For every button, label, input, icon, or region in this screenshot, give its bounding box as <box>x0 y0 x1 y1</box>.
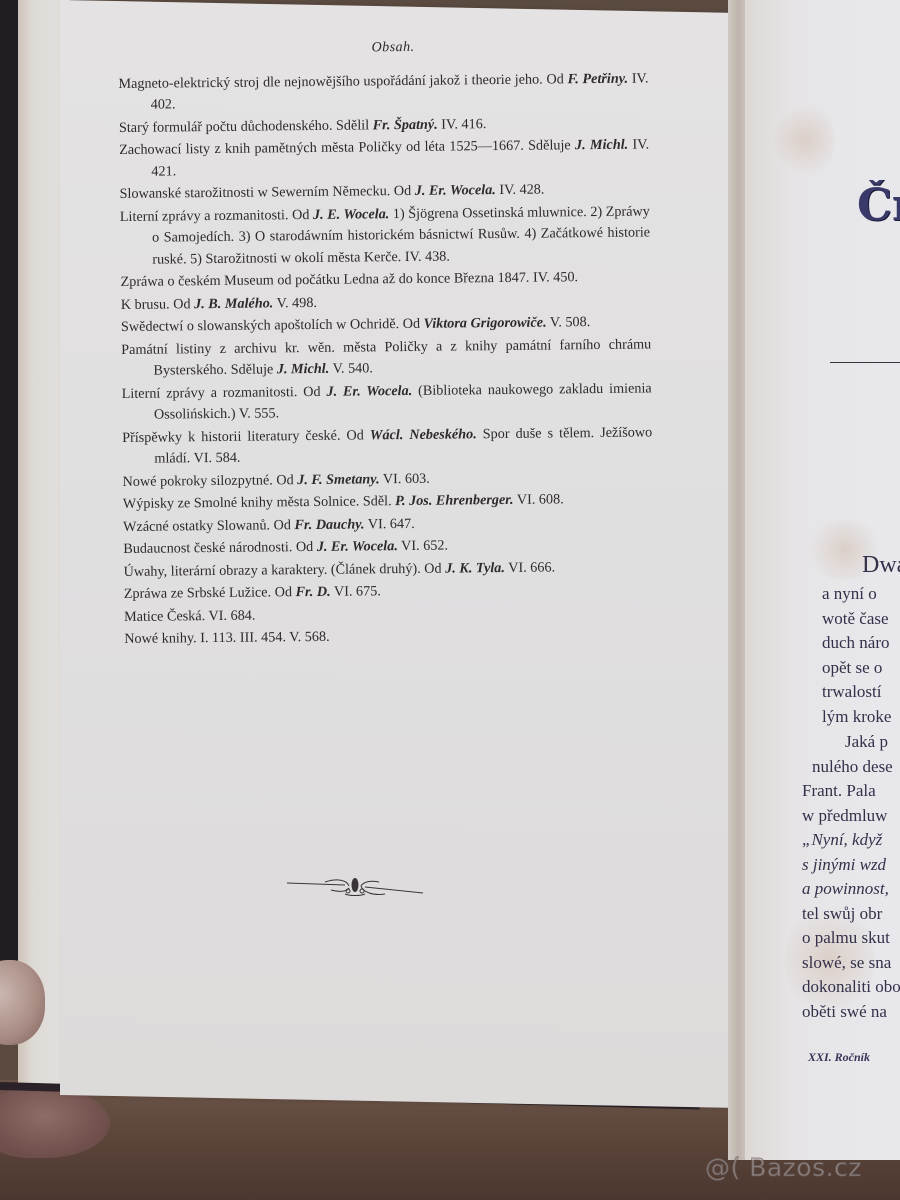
paper-stain <box>775 100 835 180</box>
toc-entry-reference: VI. 684. <box>208 607 255 623</box>
toc-entry-reference: IV. 416. <box>441 116 486 132</box>
toc-entry-author: J. Er. Wocela. <box>326 382 412 399</box>
toc-entry-reference: VI. 666. <box>508 559 555 575</box>
right-page-title: Čr <box>857 180 900 231</box>
toc-entry-title: Wzácné ostatky Slowanů. <box>123 517 270 535</box>
toc-entry-title: Nowé pokroky silozpytné. <box>123 472 273 490</box>
text-line: trwalostí <box>822 680 900 705</box>
text-line: lým kroke <box>822 705 900 730</box>
toc-entry-prefix: Od <box>394 183 412 199</box>
text-line: opět se o <box>822 656 900 681</box>
toc-entry-author: J. Er. Wocela. <box>317 538 398 555</box>
toc-entry-author: J. Er. Wocela. <box>415 182 496 199</box>
toc-entry-title: Wýpisky ze Smolné knihy města Solnice. <box>123 493 360 511</box>
toc-entry-prefix: Sděluje <box>231 361 274 377</box>
toc-entry: Nowé knihy. I. 113. III. 454. V. 568. <box>124 623 654 650</box>
toc-entry-author: J. B. Malého. <box>194 295 273 312</box>
toc-entry-author: P. Jos. Ehrenberger. <box>395 492 514 509</box>
toc-entry-reference: VI. 652. <box>401 538 448 554</box>
toc-entry-title: Zpráwa ze Srbské Lužice. <box>124 584 271 602</box>
toc-entry-reference: V. 540. <box>332 360 373 376</box>
right-page-footer: XXI. Ročník <box>808 1050 870 1065</box>
text-line: a nyní o <box>822 582 900 607</box>
toc-entry-title: Nowé knihy. <box>124 630 197 647</box>
toc-entry-author: Viktora Grigorowiče. <box>424 315 547 332</box>
toc-entry-title: Příspěwky k historii literatury české. <box>122 427 340 445</box>
toc-entry-prefix: Od <box>173 296 191 312</box>
toc-entry-title: K brusu. <box>121 296 170 313</box>
toc-entry: Literní zprávy a rozmanitosti. Od J. Er.… <box>122 378 652 427</box>
text-line: s jinými wzd <box>802 853 900 878</box>
toc-entries: Magneto-elektrický stroj dle nejnowějšíh… <box>118 68 654 651</box>
watermark: @( Bazos.cz <box>705 1153 862 1182</box>
toc-entry-author: J. Michl. <box>575 137 628 154</box>
toc-entry: Magneto-elektrický stroj dle nejnowějšíh… <box>118 68 648 117</box>
toc-entry-prefix: Od <box>403 316 421 332</box>
toc-entry-reference: IV. 428. <box>499 182 544 198</box>
toc-entry-author: Wácl. Nebeského. <box>370 426 477 443</box>
toc-entry-reference: VI. 675. <box>334 583 381 599</box>
toc-entry-reference: IV. 450. <box>533 269 578 285</box>
toc-entry-prefix: Sděluje <box>528 137 571 153</box>
toc-entry-title: Úwahy, literární obrazy a karaktery. (Čl… <box>123 560 420 579</box>
text-line: slowé, se sna <box>802 951 900 976</box>
text-line: a powinnost, <box>802 877 900 902</box>
right-page-rule <box>830 362 900 363</box>
toc-entry-author: Fr. Dauchy. <box>294 516 364 533</box>
text-line: Jaká p <box>845 730 900 755</box>
toc-entry-title: Literní zprávy a rozmanitosti. <box>120 207 289 225</box>
toc-entry-reference: VI. 647. <box>368 515 415 531</box>
toc-entry-title: Literní zprávy a rozmanitosti. <box>122 384 298 402</box>
text-line: w předmluw <box>802 804 900 829</box>
text-line: wotě čase <box>822 607 900 632</box>
decorative-flourish-icon <box>285 874 425 898</box>
toc-entry-author: J. E. Wocela. <box>313 206 390 223</box>
toc-entry-prefix: Od <box>424 560 442 576</box>
text-line: o palmu skut <box>802 926 900 951</box>
text-line: oběti swé na <box>802 1000 900 1025</box>
toc-entry-author: J. Michl. <box>277 361 330 378</box>
toc-entry-reference: VI. 603. <box>383 470 430 486</box>
toc-entry-title: Starý formulář počtu důchodenského. <box>119 117 333 135</box>
toc-entry-prefix: Od <box>346 427 364 443</box>
toc-entry-prefix: Od <box>296 539 314 555</box>
toc-entry: Literní zprávy a rozmanitosti. Od J. E. … <box>120 201 651 271</box>
right-page-paragraph-indent: Jaká p <box>845 730 900 755</box>
toc-entry-title: Magneto-elektrický stroj dle nejnowějšíh… <box>118 71 542 91</box>
toc-entry: Příspěwky k historii literatury české. O… <box>122 422 652 471</box>
toc-entry-reference: V. 498. <box>277 294 318 310</box>
right-page-text-block-2: nulého dese <box>812 755 900 780</box>
toc-entry-author: F. Petřiny. <box>567 70 628 87</box>
toc-entry-title: Zachowací listy z knih pamětných města P… <box>119 138 524 158</box>
text-line: nulého dese <box>812 755 900 780</box>
toc-entry: Zachowací listy z knih pamětných města P… <box>119 134 649 183</box>
toc-entry-title: Památní listiny z archivu kr. wěn. města… <box>121 336 651 379</box>
table-of-contents: Obsah. Magneto-elektrický stroj dle nejn… <box>118 34 654 651</box>
text-line: „Nyní, když <box>802 828 900 853</box>
toc-entry: Památní listiny z archivu kr. wěn. města… <box>121 334 651 383</box>
toc-entry-title: Slowanské starožitnosti w Sewerním Němec… <box>120 183 391 202</box>
toc-entry-author: Fr. Špatný. <box>373 116 438 133</box>
toc-entry-title: Zpráwa o českém Museum od počátku Ledna … <box>120 270 529 290</box>
toc-entry-title: Swědectwí o slowanských apoštolích w Och… <box>121 316 399 335</box>
text-line: Frant. Pala <box>802 779 900 804</box>
text-line: duch náro <box>822 631 900 656</box>
toc-entry-prefix: Od <box>276 472 294 488</box>
toc-entry-prefix: Od <box>292 207 310 223</box>
toc-entry-author: Fr. D. <box>295 584 330 600</box>
toc-entry-reference: V. 508. <box>550 314 591 330</box>
right-page-text-block-3: Frant. Pala w předmluw „Nyní, když s jin… <box>802 779 900 1024</box>
text-line: tel swůj obr <box>802 902 900 927</box>
toc-entry-reference: VI. 608. <box>517 491 564 507</box>
text-line: dokonaliti obo <box>802 975 900 1000</box>
toc-entry-prefix: Sdělil <box>336 117 369 133</box>
toc-entry-title: Matice Česká. <box>124 608 205 625</box>
right-page-dropcap: Dwa <box>862 552 900 579</box>
toc-entry-reference: I. 113. III. 454. V. 568. <box>200 629 330 646</box>
toc-entry-author: J. F. Smetany. <box>297 471 380 488</box>
toc-entry-author: J. K. Tyla. <box>445 559 505 576</box>
toc-entry-prefix: Od <box>274 517 292 533</box>
toc-entry-prefix: Od <box>275 584 293 600</box>
page-heading: Obsah. <box>118 34 648 61</box>
right-page-text-block-1: a nyní o wotě čase duch náro opět se o t… <box>822 582 900 729</box>
toc-entry-prefix: Od <box>546 71 564 87</box>
toc-entry-title: Budaucnost české národnosti. <box>123 539 292 557</box>
toc-entry-prefix: Od <box>303 383 321 399</box>
toc-entry-prefix: Sděl. <box>363 493 392 509</box>
